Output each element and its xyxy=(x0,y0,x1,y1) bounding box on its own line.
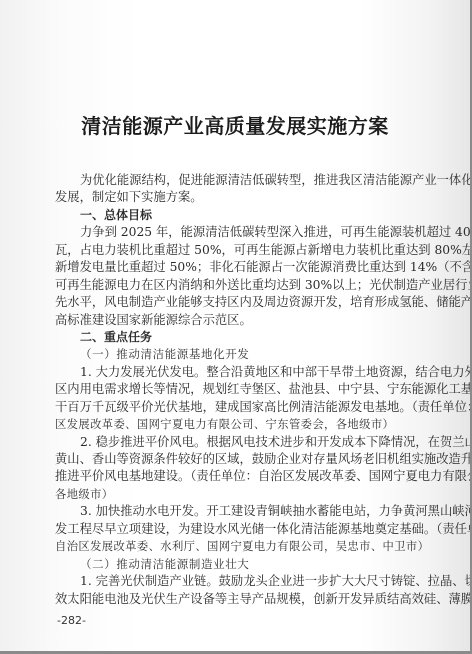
subsection-heading: （二）推动清洁能源制造业壮大 xyxy=(55,556,423,573)
section-heading: 二、重点任务 xyxy=(55,329,423,346)
page-number: -282- xyxy=(57,614,86,627)
paragraph-line: 发展，制定如下实施方案。 xyxy=(55,189,423,206)
paragraph-line: 区内用电需求增长等情况，规划红寺堡区、盐池县、中宁县、宁东能源化工基地等若 xyxy=(55,381,423,398)
document-body: 为优化能源结构，促进能源清洁低碳转型，推进我区清洁能源产业一体化配套 发展，制定… xyxy=(55,172,423,608)
paragraph-line: 为优化能源结构，促进能源清洁低碳转型，推进我区清洁能源产业一体化配套 xyxy=(55,172,423,189)
document-page: 清洁能源产业高质量发展实施方案 为优化能源结构，促进能源清洁低碳转型，推进我区清… xyxy=(0,0,472,654)
responsibility-note: 自治区发展改革委、水利厅、国网宁夏电力有限公司，吴忠市、中卫市） xyxy=(55,538,423,555)
paragraph-line: 力争到 2025 年，能源清洁低碳转型深入推进，可再生能源装机超过 4000 万… xyxy=(55,224,423,241)
paragraph-line: 可再生能源电力在区内消纳和外送比重均达到 30%以上；光伏制造产业居行业领 xyxy=(55,277,423,294)
responsibility-note: 区发展改革委、国网宁夏电力有限公司、宁东管委会，各地级市） xyxy=(55,416,423,433)
paragraph-line: 效太阳能电池及光伏生产设备等主导产品规模，创新开发异质结高效硅、薄膜电 xyxy=(55,591,423,608)
paragraph-line: 新增发电量比重超过 50%；非化石能源占一次能源消费比重达到 14%（不含水电）… xyxy=(55,259,423,276)
paragraph-line: 发工程尽早立项建设，为建设水风光储一体化清洁能源基地奠定基础。（责任单位： xyxy=(55,521,423,538)
paragraph-line: 干百万千瓦级平价光伏基地，建成国家高比例清洁能源发电基地。（责任单位：自治 xyxy=(55,399,423,416)
paragraph-line: 3. 加快推动水电开发。开工建设青铜峡抽水蓄能电站，力争黄河黑山峡河段开 xyxy=(55,503,423,520)
paragraph-line: 高标准建设国家新能源综合示范区。 xyxy=(55,312,423,329)
paragraph-line: 瓦，占电力装机比重超过 50%，可再生能源占新增电力装机比重达到 80%左右，占 xyxy=(55,242,423,259)
paragraph-line: 先水平，风电制造产业能够支持区内及周边资源开发，培育形成氢能、储能产业链， xyxy=(55,294,423,311)
subsection-heading: （一）推动清洁能源基地化开发 xyxy=(55,346,423,363)
paragraph-line: 1. 完善光伏制造产业链。鼓励龙头企业进一步扩大大尺寸铸锭、拉晶、切片、高 xyxy=(55,573,423,590)
document-title: 清洁能源产业高质量发展实施方案 xyxy=(0,110,470,139)
paragraph-line: 2. 稳步推进平价风电。根据风电技术进步和开发成本下降情况，在贺兰山、麻 xyxy=(55,434,423,451)
paragraph-line: 1. 大力发展光伏发电。整合沿黄地区和中部干旱带土地资源，结合电力外送和 xyxy=(55,364,423,381)
paragraph-line: 推进平价风电基地建设。（责任单位：自治区发展改革委、国网宁夏电力有限公司， xyxy=(55,468,423,485)
responsibility-note: 各地级市） xyxy=(55,486,423,503)
section-heading: 一、总体目标 xyxy=(55,207,423,224)
paragraph-line: 黄山、香山等资源条件较好的区域，鼓励企业对存量风场老旧机组实施改造升级， xyxy=(55,451,423,468)
